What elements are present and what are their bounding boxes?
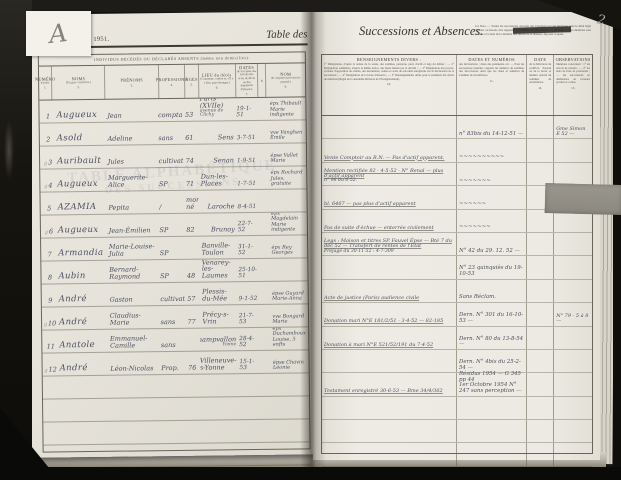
name-cell xyxy=(58,422,109,445)
col-header-lieu: LIEU du décès(Commune, canton et, s'il y… xyxy=(198,64,236,97)
col-header-prenoms: PRÉNOMS3. xyxy=(105,65,159,99)
place-of-death-cell xyxy=(201,397,238,419)
scanner-bed-bottom xyxy=(0,467,621,480)
firstnames-cell: Pepita xyxy=(106,191,157,214)
deceased-table: INDIVIDUS DÉCÉDÉS OU DÉCLARÉS ABSENTS (m… xyxy=(38,51,311,452)
table-row: 8 Aubin Bernard-Raymond SP 48 Venarey-le… xyxy=(41,258,307,284)
transmittal-cell xyxy=(258,98,268,120)
date-certificat-cell xyxy=(527,256,554,278)
row-number-cell xyxy=(43,399,58,421)
date-certificat-cell xyxy=(527,350,554,372)
place-of-death-cell: Sens xyxy=(198,121,235,143)
place-of-death-cell: Venarey-les-Laumes xyxy=(200,259,237,281)
renseignements-cell xyxy=(322,397,457,419)
row-number-cell: g12 xyxy=(42,353,57,375)
age-cell xyxy=(187,421,202,443)
date-certificat-cell xyxy=(527,116,554,138)
row-number-cell: g10 xyxy=(42,307,57,329)
dates-numeros-cell: Dern. N° 4bis du 25-2-54 — xyxy=(457,350,527,372)
observations-cell xyxy=(554,139,592,161)
profession-cell: cultivateur xyxy=(158,283,185,305)
table-row: 9 André Gaston cultivateur 57 Plessis-du… xyxy=(42,281,308,307)
renseignements-cell xyxy=(322,256,457,278)
renseignements-cell: Legs : Maison et titres SP. Fauvel Épse … xyxy=(322,233,457,255)
profession-cell xyxy=(160,398,187,420)
date-cell: 21-7-53 xyxy=(237,305,261,327)
name-cell: Augueux xyxy=(55,169,106,192)
transmittal-cell xyxy=(261,351,271,373)
letter-tab: A xyxy=(26,11,91,56)
dates-numeros-cell: ~~~~~~ xyxy=(457,186,527,208)
name-cell: Augueux xyxy=(56,215,107,238)
table-body: 1 Augueux Jean comptable 53 Paris (XVIIe… xyxy=(39,97,309,468)
dates-numeros-cell: Dern. N° 80 du 13-8-54 — xyxy=(457,327,527,349)
name-cell: Aubin xyxy=(56,261,107,284)
col-header-ages: ÂGES5. xyxy=(185,65,199,98)
table-row: Vente Comptoir au R.N. — Pas d'actif app… xyxy=(322,139,592,162)
transmittal-cell xyxy=(259,236,269,258)
table-row: 1 Augueux Jean comptable 53 Paris (XVIIe… xyxy=(39,97,305,123)
dates-numeros-cell: ~~~~~~~ xyxy=(457,210,527,232)
table-row xyxy=(44,442,310,468)
place-of-death-cell: Dun-les-Places xyxy=(199,167,236,189)
row-number-cell: 2 xyxy=(40,123,55,145)
age-cell: 71 xyxy=(184,168,199,190)
renseignements-cell: bl. 6467 — pas plus d'actif apparent xyxy=(322,186,457,208)
renseignements-cell: Pas de suite d'échue — enterrée civileme… xyxy=(322,210,457,232)
observations-cell xyxy=(554,256,592,278)
age-cell: 57 xyxy=(185,283,200,305)
observations-cell xyxy=(554,373,592,395)
name-cell xyxy=(59,445,110,468)
transmittal-cell xyxy=(260,305,270,327)
place-of-death-cell: Paris (XVIIe)avenue de Clichy xyxy=(198,98,235,120)
col-header-dates-numeros: DATES ET NUMÉROSdes déclarations ; dates… xyxy=(457,55,527,115)
firstnames-cell xyxy=(109,421,160,444)
age-cell xyxy=(187,444,202,466)
age-cell: 53 xyxy=(183,99,198,121)
date-certificat-cell xyxy=(527,163,554,185)
date-cell xyxy=(238,443,262,465)
age-cell: 74 xyxy=(183,145,198,167)
tape-patch xyxy=(545,183,621,215)
col-header-noms: NOMS(En gros caractères.)2. xyxy=(52,66,106,100)
firstnames-cell: Marie-Louise-Julia xyxy=(107,237,158,260)
row-number-cell: 8 xyxy=(41,261,56,283)
name-cell: AZAMIA xyxy=(55,192,106,215)
date-certificat-cell xyxy=(527,233,554,255)
observations-cell xyxy=(554,327,592,349)
renseignements-cell: Vente Comptoir au R.N. — Pas d'actif app… xyxy=(322,139,457,161)
renseignements-cell: Mention rectifiée 82 - 4-5-52 - N° Renal… xyxy=(322,163,457,185)
renseignements-cell: Donation mari N°E 181/2/51 - 3-4-52 — 82… xyxy=(322,303,457,325)
transmittal-cell xyxy=(260,282,270,304)
renseignements-cell: Donation à mari N°E 521/52/191 du 7-4-52 xyxy=(322,327,457,349)
age-cell xyxy=(186,329,201,351)
table-header-row: RENSEIGNEMENTS DIVERS :1° Délégations, d… xyxy=(322,55,592,116)
firstnames-cell xyxy=(108,375,159,398)
details-table: RENSEIGNEMENTS DIVERS :1° Délégations, d… xyxy=(321,54,593,454)
row-number-cell xyxy=(43,376,58,398)
scanner-bed-left xyxy=(0,0,32,480)
renseignements-cell xyxy=(322,350,457,372)
firstnames-cell: Emmanuel-Camille xyxy=(108,329,159,352)
profession-cell: Prop. xyxy=(159,352,186,374)
title-right-part: Successions et Absences. xyxy=(359,24,483,39)
table-row: Donation à mari N°E 521/52/191 du 7-4-52… xyxy=(322,327,592,350)
age-cell: 48 xyxy=(185,260,200,282)
table-row xyxy=(322,443,592,466)
profession-cell: SP xyxy=(158,260,185,282)
title-rule xyxy=(56,43,308,48)
dates-numeros-cell: Résidus 1954 — G 345 pp 441er Octobre 19… xyxy=(457,373,527,395)
firstnames-cell: Marguerite-Alice xyxy=(106,168,157,191)
date-certificat-cell xyxy=(527,327,554,349)
profession-cell xyxy=(160,421,187,443)
date-cell: 22-7-52 xyxy=(236,213,260,235)
firstnames-cell: Jean xyxy=(105,99,156,122)
date-cell xyxy=(238,397,262,419)
transmittal-cell xyxy=(259,190,269,212)
col-header-professions: PROFESSIONS4. xyxy=(159,65,186,98)
table-row: 5 AZAMIA Pepita / mort-né Laroche 8-4-51 xyxy=(40,189,306,215)
dates-numeros-cell xyxy=(457,443,527,465)
table-row: n° 83bis du 14-12-51 — Gme Simon E 52 — xyxy=(322,116,592,139)
row-number-cell: 9 xyxy=(42,284,57,306)
name-cell: André xyxy=(57,307,108,330)
place-of-death-cell xyxy=(202,443,239,465)
table-row: g6 Augueux Jean-Émilien SP 82 Brunoy 22-… xyxy=(41,212,307,238)
observations-cell xyxy=(554,443,592,465)
profession-cell: sans xyxy=(156,122,183,144)
observations-cell: N° 79 - 5 à 8 — xyxy=(554,303,592,325)
place-of-death-cell: ChampvallonYonne xyxy=(201,328,238,350)
table-row xyxy=(322,420,592,443)
profession-cell: SP xyxy=(157,214,184,236)
transmittal-cell xyxy=(258,144,268,166)
date-cell: 3-7-51 xyxy=(234,121,258,143)
dates-numeros-cell: n° 83bis du 14-12-51 — xyxy=(457,116,527,138)
place-of-death-cell: Laroche xyxy=(199,190,236,212)
row-number-cell: g6 xyxy=(41,215,56,237)
profession-cell: SP xyxy=(158,237,185,259)
transmittal-cell xyxy=(259,259,269,281)
table-row: Dern. N° 4bis du 25-2-54 — xyxy=(322,350,592,373)
observations-cell xyxy=(554,397,592,419)
age-cell xyxy=(186,398,201,420)
place-of-death-cell: Banville-Toulon xyxy=(199,236,236,258)
firstnames-cell: Adeline xyxy=(105,122,156,145)
transmittal-cell xyxy=(259,213,269,235)
date-cell xyxy=(238,420,262,442)
name-cell: Anatole xyxy=(57,330,108,353)
table-row: g3 Auribault Jules cultivateur 74 Senan … xyxy=(40,143,306,169)
table-row xyxy=(43,419,309,445)
firstnames-cell xyxy=(109,398,160,421)
date-cell xyxy=(238,374,262,396)
place-of-death-cell xyxy=(201,374,238,396)
name-cell: Asold xyxy=(55,123,106,146)
dates-numeros-cell: Dern. N° 301 du 16-10-53 — xyxy=(457,303,527,325)
observations-cell xyxy=(554,233,592,255)
date-certificat-cell xyxy=(527,303,554,325)
profession-cell: cultivateur xyxy=(156,145,183,167)
profession-cell xyxy=(160,444,187,466)
age-cell: 61 xyxy=(183,122,198,144)
row-number-cell: g4 xyxy=(40,169,55,191)
row-number-cell xyxy=(43,422,58,444)
scanned-register-page: — Octobre 1951. Table des TABLE ALPHABÉT… xyxy=(0,0,621,480)
table-row xyxy=(43,396,309,422)
table-row: 7 Armandia Marie-Louise-Julia SP Banvill… xyxy=(41,235,307,261)
profession-cell xyxy=(159,375,186,397)
place-of-death-cell: Senan xyxy=(198,144,235,166)
table-row: 11 Anatole Emmanuel-Camille sans Champva… xyxy=(42,327,308,353)
col-header-numero: NUMÉROd'ordre.1. xyxy=(39,66,53,99)
transmittal-cell xyxy=(258,121,268,143)
date-cell: 25-10-51 xyxy=(236,259,260,281)
observations-cell: Gme Simon E 52 — xyxy=(554,116,592,138)
dates-numeros-cell xyxy=(457,397,527,419)
date-cell: 31-1-52 xyxy=(236,236,260,258)
renseignements-cell xyxy=(322,443,457,465)
table-row: Acte de justice (Paris) audience civile … xyxy=(322,280,592,303)
row-number-cell: 11 xyxy=(42,330,57,352)
name-cell: Armandia xyxy=(56,238,107,261)
col-header-renseignements: RENSEIGNEMENTS DIVERS :1° Délégations, d… xyxy=(322,55,457,115)
row-number-cell: g3 xyxy=(40,146,55,168)
scanner-bed-right xyxy=(613,0,621,480)
date-certificat-cell xyxy=(527,280,554,302)
name-cell: Auribault xyxy=(55,146,106,169)
table-row: Testament enregistré 30-6-53 — Bme 34/4/… xyxy=(322,373,592,396)
age-cell: 77 xyxy=(185,306,200,328)
dates-numeros-cell: N° 23 quinquiès du 19-10-53 xyxy=(457,256,527,278)
date-certificat-cell xyxy=(527,443,554,465)
dates-numeros-cell xyxy=(457,420,527,442)
age-cell xyxy=(184,237,199,259)
place-of-death-cell: Précy-s-Vrin xyxy=(200,305,237,327)
observations-cell xyxy=(554,280,592,302)
firstnames-cell: Léon-Nicolas xyxy=(108,352,159,375)
transmittal-cell xyxy=(260,328,270,350)
renseignements-cell xyxy=(322,420,457,442)
firstnames-cell: Gaston xyxy=(107,283,158,306)
name-cell: André xyxy=(57,353,108,376)
observations-cell xyxy=(554,420,592,442)
col-header-dates: DATESde la remise des extraits des actes… xyxy=(236,64,259,97)
renseignements-cell: Acte de justice (Paris) audience civile xyxy=(322,280,457,302)
dates-numeros-cell: ~~~~~~~ xyxy=(457,163,527,185)
table-row: g4 Augueux Marguerite-Alice SP 71 Dun-le… xyxy=(40,166,306,192)
date-certificat-cell xyxy=(527,420,554,442)
date-cell: 19-1-51 xyxy=(234,98,258,120)
transmittal-cell xyxy=(262,443,272,465)
place-of-death-cell xyxy=(202,420,239,442)
row-number-cell: 1 xyxy=(39,100,54,122)
col-header-observations: OBSERVATIONSMentions concernant : 1° les… xyxy=(554,55,592,115)
table-row xyxy=(322,397,592,420)
table-row: N° 23 quinquiès du 19-10-53 xyxy=(322,256,592,279)
table-row: Legs : Maison et titres SP. Fauvel Épse … xyxy=(322,233,592,256)
table-row: g10 André Claudius-Marie sans 77 Précy-s… xyxy=(42,304,308,330)
place-of-death-cell: Villeneuve-s-Yonne xyxy=(201,351,238,373)
tab-letter: A xyxy=(48,18,69,49)
transmittal-cell xyxy=(261,374,271,396)
profession-cell: sans xyxy=(159,329,186,351)
table-row: 2 Asold Adeline sans 61 Sens 3-7-51 vve … xyxy=(40,120,306,146)
renseignements-cell: Testament enregistré 30-6-53 — Bme 34/4/… xyxy=(322,373,457,395)
profession-cell: / xyxy=(157,191,184,213)
firstnames-cell: Claudius-Marie xyxy=(108,306,159,329)
age-cell: mort-né xyxy=(184,191,199,213)
name-cell: Augueux xyxy=(54,100,105,123)
row-number-cell: 5 xyxy=(40,192,55,214)
table-row xyxy=(43,373,309,399)
dates-numeros-cell: ~~~~~~~~~~ xyxy=(457,139,527,161)
profession-cell: comptable xyxy=(156,99,183,121)
age-cell: 82 xyxy=(184,214,199,236)
date-cell: 8-4-51 xyxy=(235,190,259,212)
name-cell xyxy=(58,399,109,422)
observations-cell xyxy=(554,350,592,372)
date-cell: 1-9-51 xyxy=(235,144,259,166)
place-of-death-cell: Plessis-du-Mée xyxy=(200,282,237,304)
renseignements-cell xyxy=(322,116,457,138)
age-cell: 76 xyxy=(186,352,201,374)
firstnames-cell: Jules xyxy=(106,145,157,168)
age-cell xyxy=(186,375,201,397)
date-cell: 9-1-52 xyxy=(236,282,260,304)
table-row: g12 André Léon-Nicolas Prop. 76 Villeneu… xyxy=(42,350,308,376)
transmittal-cell xyxy=(258,167,268,189)
date-certificat-cell xyxy=(527,397,554,419)
left-page: — Octobre 1951. Table des TABLE ALPHABÉT… xyxy=(25,11,318,457)
dates-numeros-cell: Sans Réclam. xyxy=(457,280,527,302)
date-cell: 1-7-51 xyxy=(235,167,259,189)
binding-gutter-shadow xyxy=(300,5,326,467)
place-of-death-cell: Brunoy xyxy=(199,213,236,235)
profession-cell: SP xyxy=(157,168,184,190)
date-cell: 28-4-52 xyxy=(237,328,261,350)
name-cell xyxy=(58,376,109,399)
right-page: Successions et Absences. 1er Nota. — Tou… xyxy=(313,8,600,460)
dates-numeros-cell: N° 42 du 29. 12. 52 — xyxy=(457,233,527,255)
table-header-row: NUMÉROd'ordre.1. NOMS(En gros caractères… xyxy=(39,63,305,100)
name-cell: André xyxy=(57,284,108,307)
profession-cell: sans xyxy=(158,306,185,328)
date-certificat-cell xyxy=(527,139,554,161)
table-row: Donation mari N°E 181/2/51 - 3-4-52 — 82… xyxy=(322,303,592,326)
date-certificat-cell xyxy=(527,373,554,395)
observations-cell xyxy=(554,163,592,185)
firstnames-cell: Bernard-Raymond xyxy=(107,260,158,283)
firstnames-cell: Jean-Émilien xyxy=(107,214,158,237)
row-number-cell: 7 xyxy=(41,238,56,260)
col-header-date-certificat: DATEde la délivrance du certificat d'acq… xyxy=(527,55,554,115)
transmittal-cell xyxy=(261,420,271,442)
transmittal-cell xyxy=(261,397,271,419)
firstnames-cell xyxy=(109,444,160,467)
date-cell: 15-1-53 xyxy=(237,351,261,373)
table-body: n° 83bis du 14-12-51 — Gme Simon E 52 — … xyxy=(322,116,592,467)
